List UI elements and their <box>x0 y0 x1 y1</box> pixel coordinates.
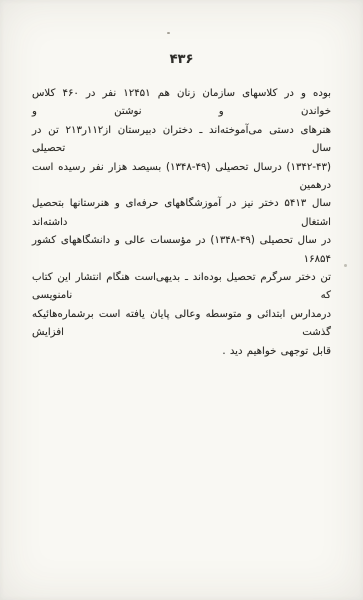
scan-speck <box>344 264 347 267</box>
text-line: در سال تحصیلی (۴۹-۱۳۴۸) در مؤسسات عالی و… <box>32 232 331 269</box>
body-text: بوده و در کلاسهای سازمان زنان هم ۱۲۴۵۱ ن… <box>32 85 331 361</box>
text-line: بوده و در کلاسهای سازمان زنان هم ۱۲۴۵۱ ن… <box>32 85 331 122</box>
scanned-book-page: ۴۳۶ بوده و در کلاسهای سازمان زنان هم ۱۲۴… <box>0 0 363 600</box>
text-line: هنرهای دستی می‌آموخته‌اند ـ دختران دبیرس… <box>32 122 331 159</box>
text-line: تن دختر سرگرم تحصیل بوده‌اند ـ بدیهی‌است… <box>32 269 331 306</box>
scan-speck <box>167 32 170 34</box>
text-line: درمدارس ابتدائی و متوسطه وعالی پایان یاف… <box>32 306 331 343</box>
text-line: (۱۳۴۲-۴۳) درسال تحصیلی (۴۹-۱۳۴۸) بسیصد ه… <box>32 159 331 196</box>
page-number: ۴۳۶ <box>0 52 363 67</box>
text-line: قابل توجهی خواهیم دید . <box>32 343 331 361</box>
text-line: سال ۵۴۱۳ دختر نیز در آموزشگاههای حرفه‌ای… <box>32 195 331 232</box>
